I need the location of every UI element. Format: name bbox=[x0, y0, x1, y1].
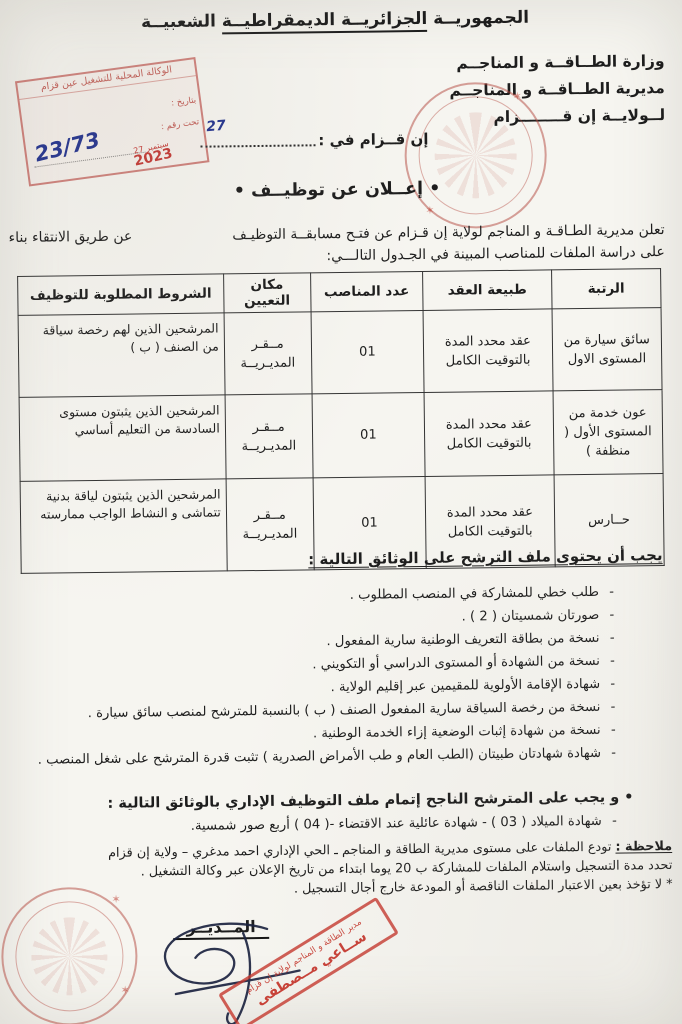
handwritten-reference-number: 23/73 bbox=[32, 128, 102, 167]
cell-count: 01 bbox=[311, 310, 425, 393]
header-conditions: الشروط المطلوبة للتوظيف bbox=[18, 274, 224, 316]
stamp-inner-texture bbox=[31, 917, 108, 996]
title-post: الشعبيــة bbox=[141, 11, 216, 32]
title-pre: الجمهوريــة bbox=[433, 8, 529, 29]
header-rank: الرتبة bbox=[551, 269, 661, 309]
place-date-line: إن قــزام في : 27 bbox=[200, 130, 428, 151]
star-mark: ✶ bbox=[425, 204, 434, 217]
handwritten-day: 27 bbox=[206, 118, 227, 136]
title-underlined: الجزائريــة الديمقراطيــة bbox=[222, 9, 428, 35]
agency-stamp-title: الوكالة المحلية للتشغيل عين قزام bbox=[17, 59, 196, 100]
cell-contract: عقد محدد المدة بالتوقيت الكامل bbox=[424, 391, 554, 477]
table-row: عون خدمة من المستوى الأول ( منظفة ) عقد … bbox=[19, 390, 663, 482]
intro-paragraph: تعلن مديرية الطـاقـة و المناجم لولاية إن… bbox=[8, 219, 664, 271]
cell-conditions: المرشحين الذين يثبتون لياقة بدنية تتماشى… bbox=[20, 479, 227, 574]
employment-agency-stamp: الوكالة المحلية للتشغيل عين قزام بتاريخ … bbox=[15, 57, 210, 186]
cell-conditions: المرشحين الذين لهم رخصة سياقة من الصنف (… bbox=[18, 313, 225, 398]
cell-conditions: المرشحين الذين يثبتون مستوى السادسة من ا… bbox=[19, 395, 226, 482]
wilaya-line: لــولايــة إن قــــــــزام bbox=[450, 102, 666, 132]
header-contract: طبيعة العقد bbox=[423, 270, 552, 311]
documents-list: طلب خطي للمشاركة في المنصب المطلوب . صور… bbox=[9, 581, 617, 772]
cell-location: مــقـر المديـريــة bbox=[225, 394, 313, 479]
cell-location: مــقـر المديـريــة bbox=[224, 312, 312, 395]
agency-stamp-date-label: بتاريخ : bbox=[171, 95, 197, 108]
intro-line1-left: عن طريق الانتقاء بناء bbox=[8, 226, 132, 250]
ministry-line: وزارة الطــاقــة و المناجــم bbox=[449, 48, 665, 78]
note-block: ملاحظة : تودع الملفات على مستوى مديرية ا… bbox=[12, 837, 673, 902]
cell-location: مــقـر المديـريــة bbox=[226, 478, 314, 571]
cell-rank: عون خدمة من المستوى الأول ( منظفة ) bbox=[553, 390, 663, 475]
admin-section-item: شهادة الميلاد ( 03 ) - شهادة عائلية عند … bbox=[12, 814, 618, 836]
admin-section-heading: • و يجب على المترشح الناجح إتمام ملف الت… bbox=[107, 789, 633, 811]
cell-count: 01 bbox=[312, 392, 426, 477]
ministry-block: وزارة الطــاقــة و المناجــم مديرية الطـ… bbox=[449, 48, 665, 132]
announcement-title: • إعــلان عن توظيــف • bbox=[0, 176, 678, 204]
republic-title: الجمهوريــة الجزائريــة الديمقراطيــة ال… bbox=[0, 6, 676, 34]
table-row: سائق سيارة من المستوى الاول عقد محدد الم… bbox=[18, 308, 662, 398]
header-location: مكان التعيين bbox=[223, 273, 310, 313]
cell-rank: سائق سيارة من المستوى الاول bbox=[552, 308, 662, 391]
agency-date-stamp: 27 سبتمبر 2023 bbox=[131, 138, 174, 168]
scanned-document-page: الجمهوريــة الجزائريــة الديمقراطيــة ال… bbox=[0, 0, 682, 1024]
note-label: ملاحظة : bbox=[615, 839, 672, 855]
directorate-line: مديرية الطــاقــة و المناجــم bbox=[449, 75, 665, 105]
cell-contract: عقد محدد المدة بالتوقيت الكامل bbox=[423, 309, 553, 393]
document-content: الجمهوريــة الجزائريــة الديمقراطيــة ال… bbox=[0, 0, 682, 1024]
place-date-label: إن قــزام في : bbox=[318, 130, 428, 149]
date-dotted-leader bbox=[200, 132, 315, 147]
agency-stamp-number-label: تحت رقم : bbox=[160, 117, 199, 132]
header-count: عدد المناصب bbox=[310, 271, 423, 311]
positions-table: الرتبة طبيعة العقد عدد المناصب مكان التع… bbox=[17, 268, 665, 574]
